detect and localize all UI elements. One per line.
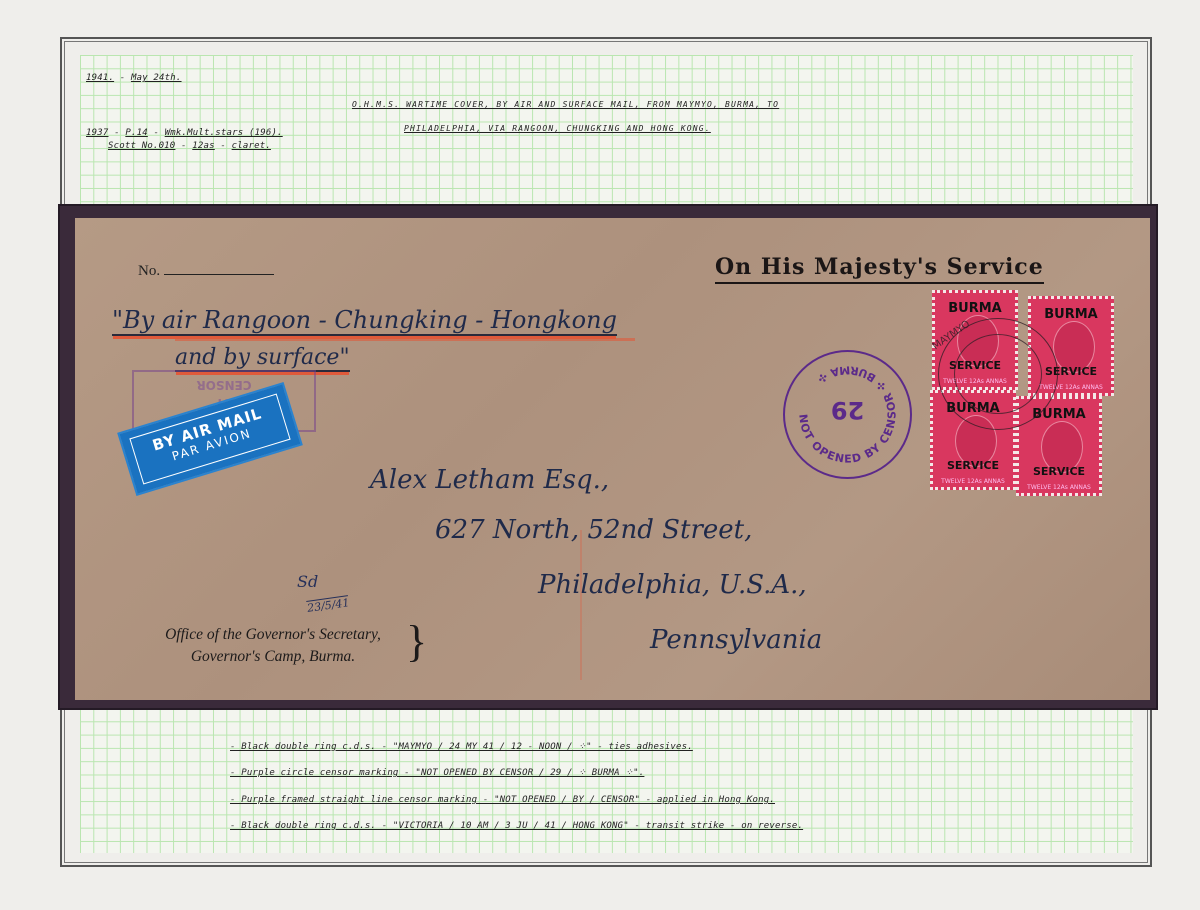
graph-paper-bottom xyxy=(80,708,1133,853)
description-line1: - Black double ring c.d.s. - "MAYMYO / 2… xyxy=(230,742,693,752)
description-line2: - Purple circle censor marking - "NOT OP… xyxy=(230,768,644,778)
sender-line1: Office of the Governor's Secretary, xyxy=(138,624,408,646)
sender-line2: Governor's Camp, Burma. xyxy=(138,646,408,668)
description-line3: - Purple framed straight line censor mar… xyxy=(230,795,775,805)
crayon-trace xyxy=(580,530,582,680)
crayon-mark xyxy=(175,338,635,341)
page-title-line2: PHILADELPHIA, VIA RANGOON, CHUNGKING AND… xyxy=(404,124,711,133)
ohms-heading: On His Majesty's Service xyxy=(715,254,1044,284)
stamp-info-line2: Scott No.010 - 12as - claret. xyxy=(108,141,271,151)
signature-initials: Sd xyxy=(297,572,318,591)
address-line1: Alex Letham Esq., xyxy=(370,465,609,495)
circular-censor-marking: NOT OPENED BY CENSOR ✣ BURMA ✣ 29 xyxy=(783,350,912,479)
address-line2: 627 North, 52nd Street, xyxy=(435,515,752,545)
address-line3: Philadelphia, U.S.A., xyxy=(538,570,807,600)
cover-date-note: 1941. - May 24th. xyxy=(86,73,182,83)
stamp-info-line1: 1937 - P.14 - Wmk.Mult.stars (196). xyxy=(86,128,283,138)
censor-number: 29 xyxy=(785,396,910,424)
sender-block: Office of the Governor's Secretary, Gove… xyxy=(138,624,408,668)
route-note-line1: "By air Rangoon - Chungking - Hongkong xyxy=(112,306,617,336)
reference-number-field: No. xyxy=(138,263,274,280)
page-title-line1: O.H.M.S. WARTIME COVER, BY AIR AND SURFA… xyxy=(352,100,779,109)
route-note-line2: and by surface" xyxy=(175,345,350,372)
description-line4: - Black double ring c.d.s. - "VICTORIA /… xyxy=(230,821,803,831)
reference-number-label: No. xyxy=(138,263,160,279)
postmark-inner-ring xyxy=(954,334,1042,414)
address-line4: Pennsylvania xyxy=(650,625,822,655)
sender-brace: } xyxy=(406,620,427,664)
